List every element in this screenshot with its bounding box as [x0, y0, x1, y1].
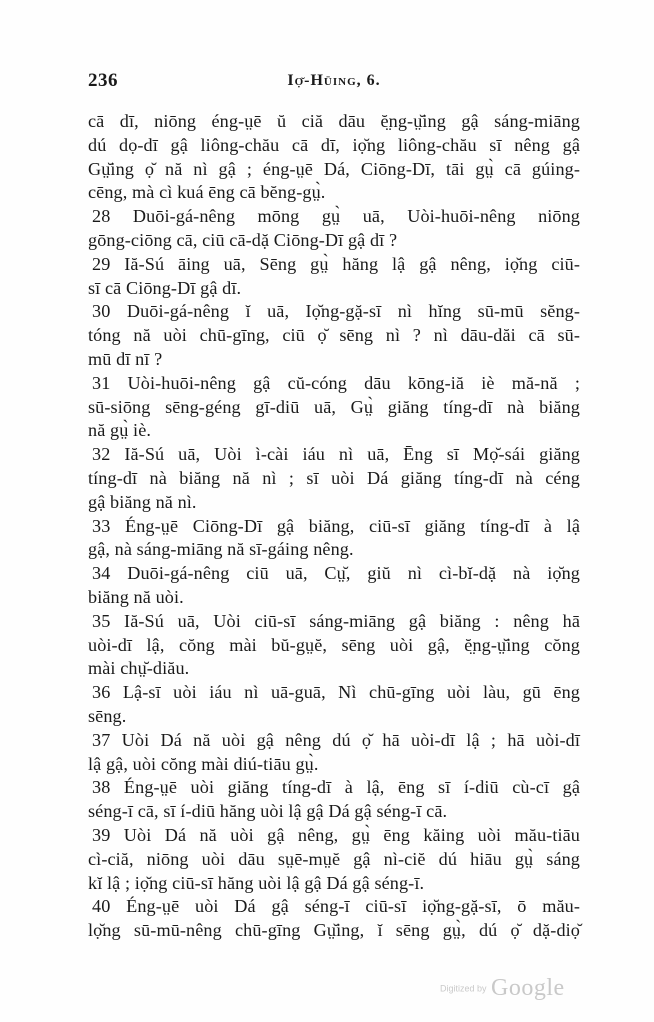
text-line: 28 Duōi-gá-nêng mōng gṳ̀ uā, Uòi-huōi-nê…	[88, 205, 580, 229]
text-line: 30 Duōi-gá-nêng ĭ uā, Iọ̆ng-gặ-sī nì hĭn…	[88, 300, 580, 324]
text-line: 37 Uòi Dá nă uòi gậ nêng dú ọ̆ hā uòi-dī…	[88, 729, 580, 753]
text-line: tóng nă uòi chū-gīng, ciū ọ̆ sēng nì ? n…	[88, 324, 580, 348]
text-line: mū dī nī ?	[88, 348, 580, 372]
text-line: 40 Éng-ṳē uòi Dá gậ séng-ī ciū-sī iọ̆ng-…	[88, 895, 580, 919]
text-line: uòi-dī lậ, cŏng mài bŭ-gṳĕ, sēng uòi gậ,…	[88, 634, 580, 658]
google-logo: Google	[491, 975, 565, 1001]
text-line: sēng.	[88, 705, 580, 729]
page-header: 236 Iọ̆-Hūing, 6.	[88, 70, 580, 94]
text-line: 35 Iă-Sú uā, Uòi ciū-sī sáng-miāng gậ bi…	[88, 610, 580, 634]
text-line: sī cā Ciōng-Dī gậ dī.	[88, 277, 580, 301]
text-line: gậ, nà sáng-miāng nă sī-gáing nêng.	[88, 538, 580, 562]
text-line: dú dọ-dī gậ liông-chău cā dī, iọ̆ng liôn…	[88, 134, 580, 158]
book-page: 236 Iọ̆-Hūing, 6. cā dī, niōng éng-ṳē ŭ …	[0, 0, 654, 1022]
text-line: 38 Éng-ṳē uòi giăng tíng-dī à lậ, ēng sī…	[88, 776, 580, 800]
text-line: cì-ciă, niōng uòi dāu sṳē-mṳĕ gậ nì-ciĕ …	[88, 848, 580, 872]
page-body-text: cā dī, niōng éng-ṳē ŭ ciă dāu ĕ̤ng-ṳ̆ing…	[88, 110, 580, 943]
text-line: cā dī, niōng éng-ṳē ŭ ciă dāu ĕ̤ng-ṳ̆ing…	[88, 110, 580, 134]
text-line: cēng, mà cì kuá ēng cā bĕng-gṳ̀.	[88, 181, 580, 205]
text-line: gōng-ciōng cā, ciū cā-dặ Ciōng-Dī gậ dī …	[88, 229, 580, 253]
text-line: nă gṳ̀ iè.	[88, 419, 580, 443]
text-line: gậ biăng nă nì.	[88, 491, 580, 515]
text-line: séng-ī cā, sī í-diū hăng uòi lậ gậ Dá gậ…	[88, 800, 580, 824]
text-line: 32 Iă-Sú uā, Uòi ì-cài iáu nì uā, Ēng sī…	[88, 443, 580, 467]
text-line: lọ̆ng sū-mū-nêng chū-gīng Gṳ̆ing, ĭ sēng…	[88, 919, 580, 943]
text-line: 39 Uòi Dá nă uòi gậ nêng, gṳ̀ ēng kăing …	[88, 824, 580, 848]
text-line: Gṳ̆ing ọ̆ nă nì gậ ; éng-ṳē Dá, Ciōng-Dī…	[88, 158, 580, 182]
running-title: Iọ̆-Hūing, 6.	[88, 72, 580, 90]
text-line: biăng nă uòi.	[88, 586, 580, 610]
text-line: mài chṳ̆-diău.	[88, 657, 580, 681]
watermark-prefix: Digitized by	[440, 984, 487, 994]
text-line: lậ gậ, uòi cŏng mài diú-tiāu gṳ̀.	[88, 753, 580, 777]
text-line: 34 Duōi-gá-nêng ciū uā, Cṳ̆, giŭ nì cì-b…	[88, 562, 580, 586]
digitized-watermark: Digitized by Google	[440, 975, 565, 1002]
text-line: sū-siōng sēng-géng gī-diū uā, Gṳ̀ giăng …	[88, 396, 580, 420]
text-line: 33 Éng-ṳē Ciōng-Dī gậ biăng, ciū-sī giăn…	[88, 515, 580, 539]
text-line: kĭ lậ ; iọ̆ng ciū-sī hăng uòi lậ gậ Dá g…	[88, 872, 580, 896]
text-line: 31 Uòi-huōi-nêng gậ cŭ-cóng dāu kōng-iă …	[88, 372, 580, 396]
text-line: 36 Lậ-sī uòi iáu nì uā-guā, Nì chū-gīng …	[88, 681, 580, 705]
text-line: 29 Iă-Sú āing uā, Sēng gṳ̀ hăng lậ gậ nê…	[88, 253, 580, 277]
text-line: tíng-dī nà biăng nă nì ; sī uòi Dá giăng…	[88, 467, 580, 491]
